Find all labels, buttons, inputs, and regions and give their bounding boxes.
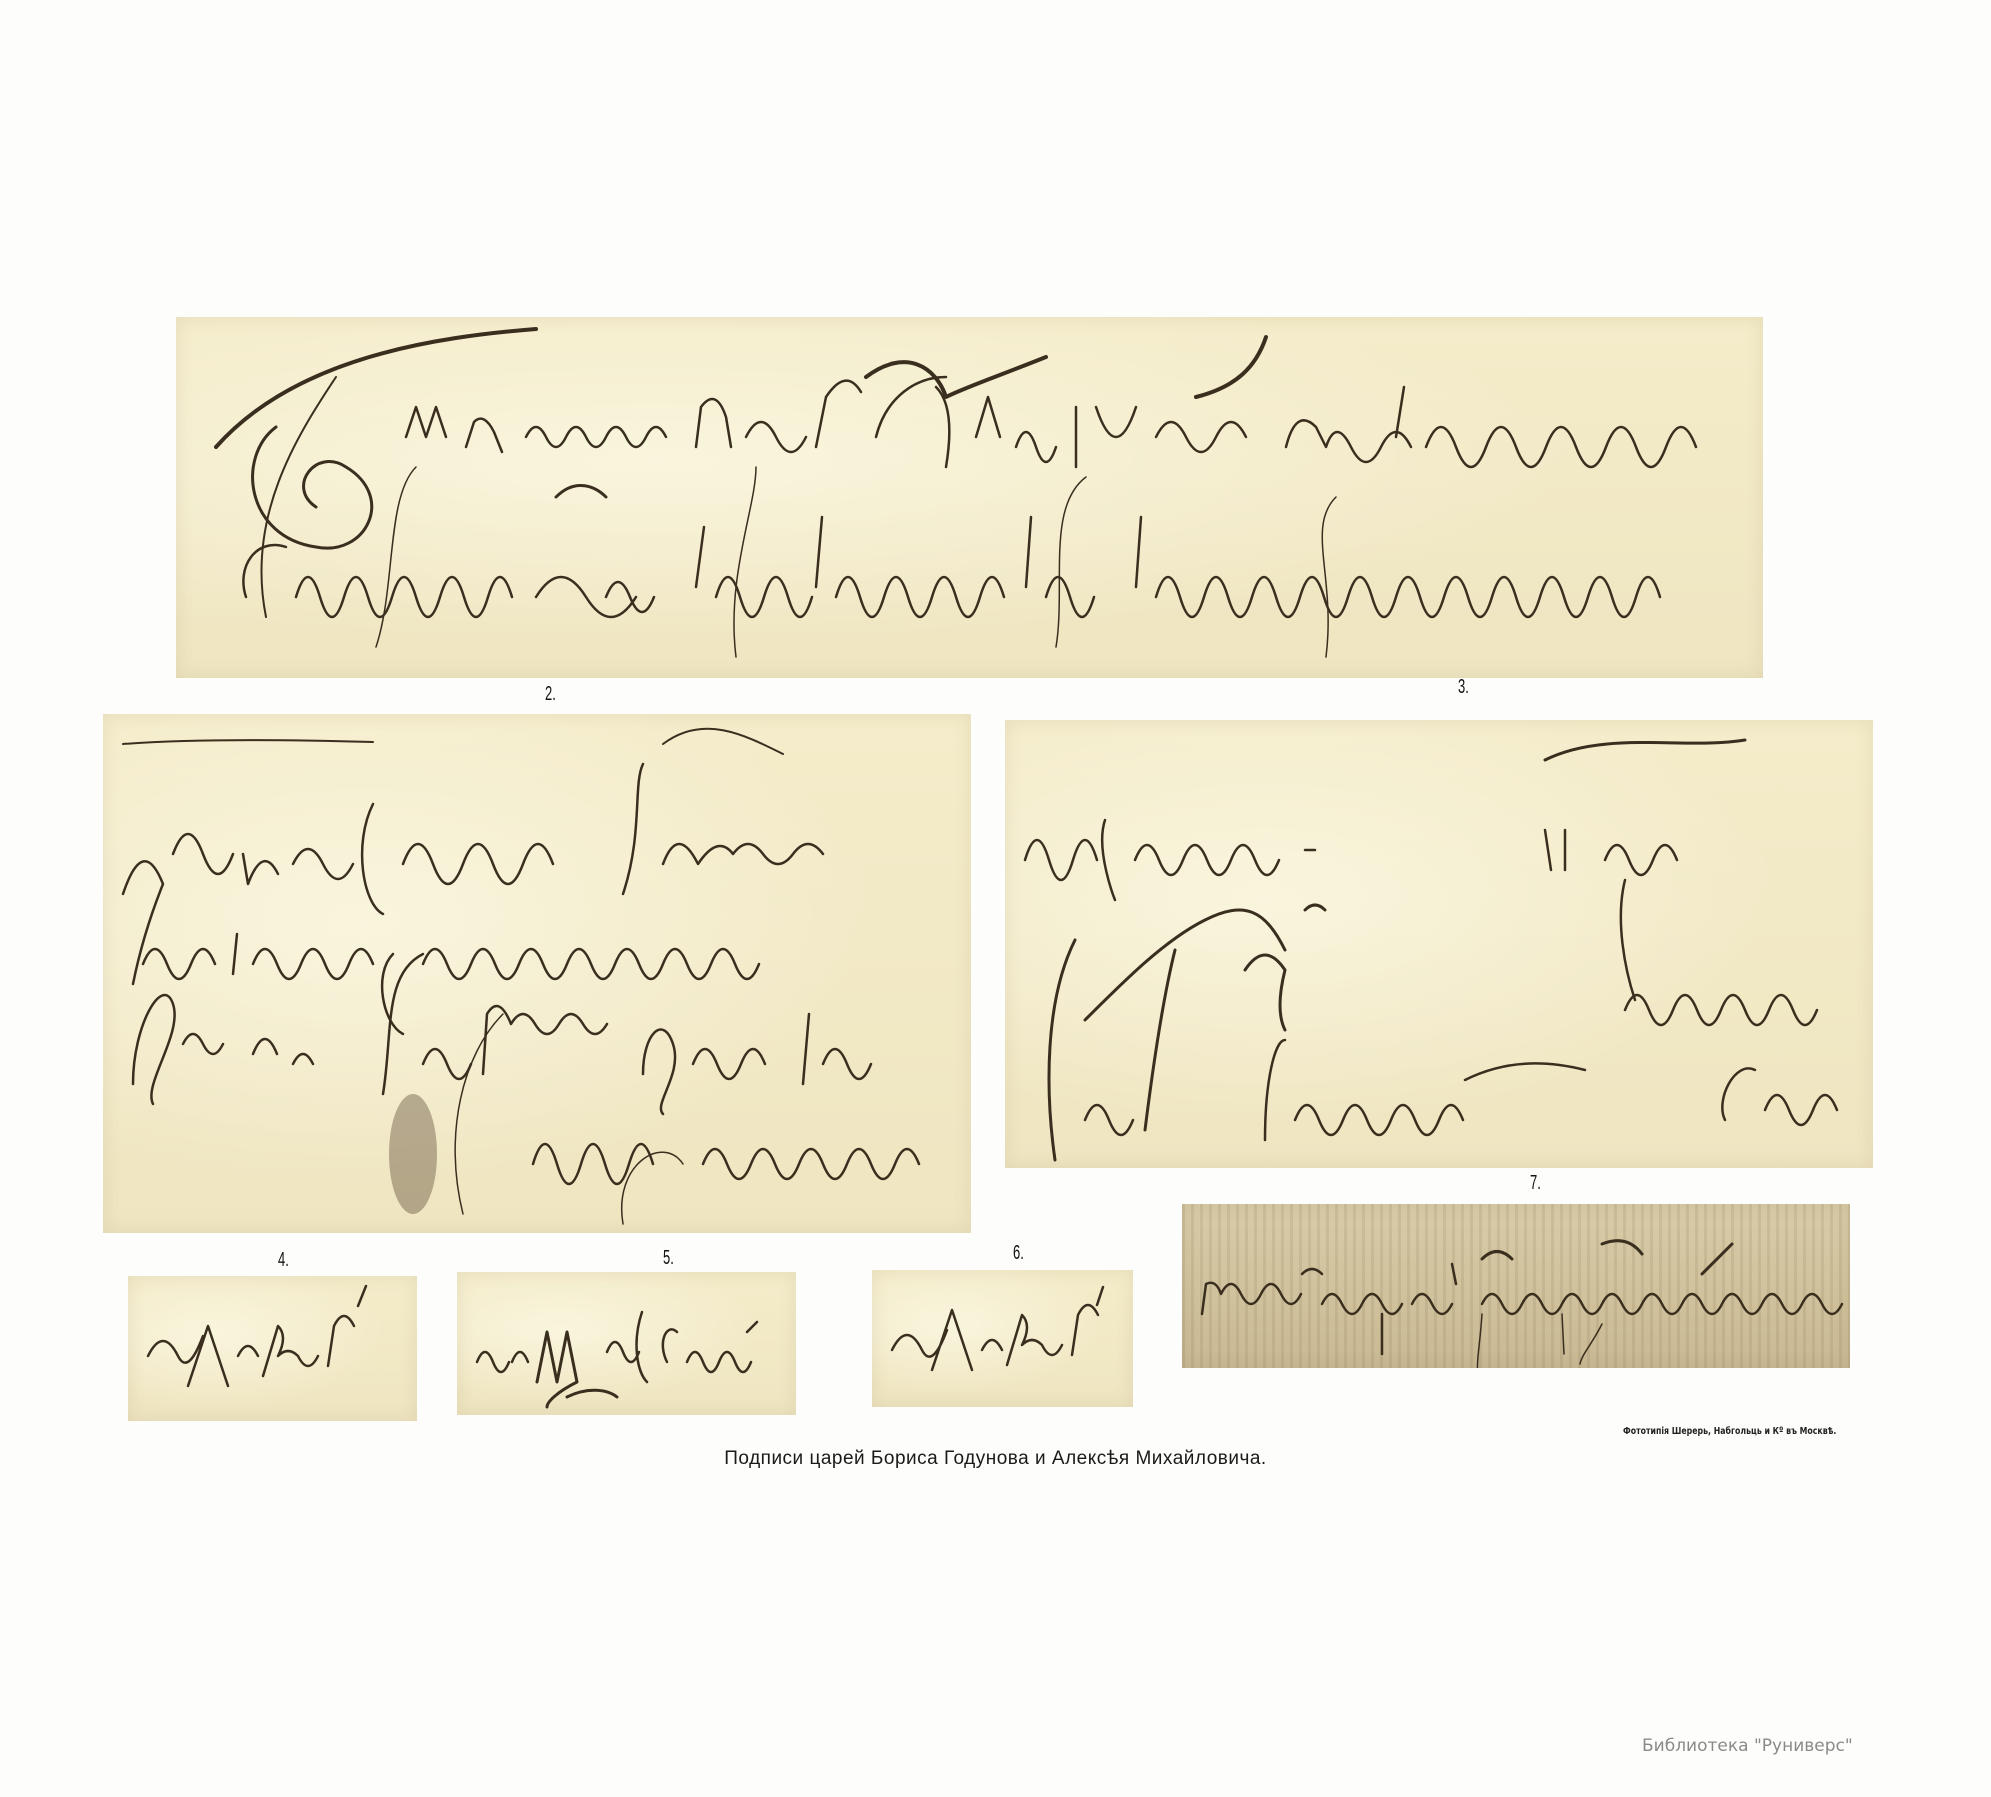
handwriting-script bbox=[103, 714, 971, 1233]
handwriting-script bbox=[1182, 1204, 1850, 1368]
library-watermark: Библиотека "Руниверс" bbox=[1642, 1736, 1853, 1756]
signature-panel-1 bbox=[176, 317, 1763, 678]
signature-panel-2 bbox=[103, 714, 971, 1233]
panel-label-3: 3. bbox=[1458, 676, 1469, 699]
panel-label-6: 6. bbox=[1013, 1242, 1024, 1265]
signature-panel-4 bbox=[128, 1276, 417, 1421]
signature-panel-3 bbox=[1005, 720, 1873, 1168]
panel-label-5: 5. bbox=[663, 1247, 674, 1270]
signature-panel-7 bbox=[1182, 1204, 1850, 1368]
handwriting-script bbox=[176, 317, 1763, 678]
handwriting-script bbox=[457, 1272, 796, 1415]
handwriting-script bbox=[1005, 720, 1873, 1168]
panel-label-7: 7. bbox=[1530, 1172, 1541, 1195]
phototype-credit: Фототипія Шерерь, Набгольць и Кº въ Моск… bbox=[1623, 1426, 1836, 1437]
handwriting-script bbox=[128, 1276, 417, 1421]
signature-panel-5 bbox=[457, 1272, 796, 1415]
handwriting-script bbox=[872, 1270, 1133, 1407]
panel-label-2: 2. bbox=[545, 683, 556, 706]
panel-label-4: 4. bbox=[278, 1249, 289, 1272]
plate-caption: Подписи царей Бориса Годунова и Алексѣя … bbox=[0, 1448, 1991, 1470]
signature-panel-6 bbox=[872, 1270, 1133, 1407]
